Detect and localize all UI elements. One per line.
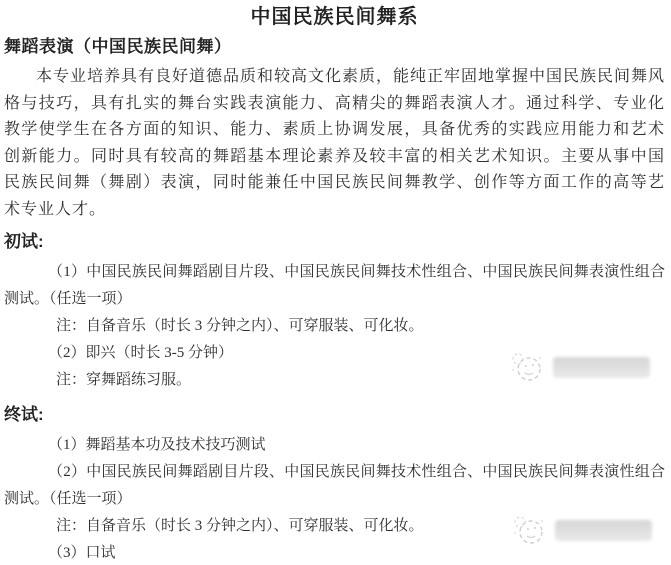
list-note: 注：自备音乐（时长 3 分钟之内）、可穿服装、可化妆。 <box>4 313 665 340</box>
list-item: （1）舞蹈基本功及技术技巧测试 <box>4 432 665 459</box>
list-item: （1）中国民族民间舞蹈剧目片段、中国民族民间舞技术性组合、中国民族民间舞表演性组… <box>4 259 665 313</box>
list-item: （3）口试 <box>4 540 665 565</box>
section-heading-first-round: 初试: <box>4 233 665 251</box>
program-description-paragraph: 本专业培养具有良好道德品质和较高文化素质，能纯正牢固地掌握中国民族民间舞风格与技… <box>4 64 665 223</box>
section-final-round: 终试: （1）舞蹈基本功及技术技巧测试 （2）中国民族民间舞蹈剧目片段、中国民族… <box>4 406 665 565</box>
page-title: 中国民族民间舞系 <box>4 6 665 28</box>
document-page: 中国民族民间舞系 舞蹈表演（中国民族民间舞） 本专业培养具有良好道德品质和较高文… <box>0 0 671 565</box>
section-first-round: 初试: （1）中国民族民间舞蹈剧目片段、中国民族民间舞技术性组合、中国民族民间舞… <box>4 233 665 394</box>
list-note: 注：穿舞蹈练习服。 <box>4 367 665 394</box>
list-note: 注：自备音乐（时长 3 分钟之内）、可穿服装、可化妆。 <box>4 513 665 540</box>
final-round-list: （1）舞蹈基本功及技术技巧测试 （2）中国民族民间舞蹈剧目片段、中国民族民间舞技… <box>4 432 665 565</box>
first-round-list: （1）中国民族民间舞蹈剧目片段、中国民族民间舞技术性组合、中国民族民间舞表演性组… <box>4 259 665 394</box>
program-heading: 舞蹈表演（中国民族民间舞） <box>4 37 665 57</box>
section-heading-final-round: 终试: <box>4 406 665 424</box>
list-item: （2）中国民族民间舞蹈剧目片段、中国民族民间舞技术性组合、中国民族民间舞表演性组… <box>4 459 665 513</box>
list-item: （2）即兴（时长 3-5 分钟） <box>4 340 665 367</box>
